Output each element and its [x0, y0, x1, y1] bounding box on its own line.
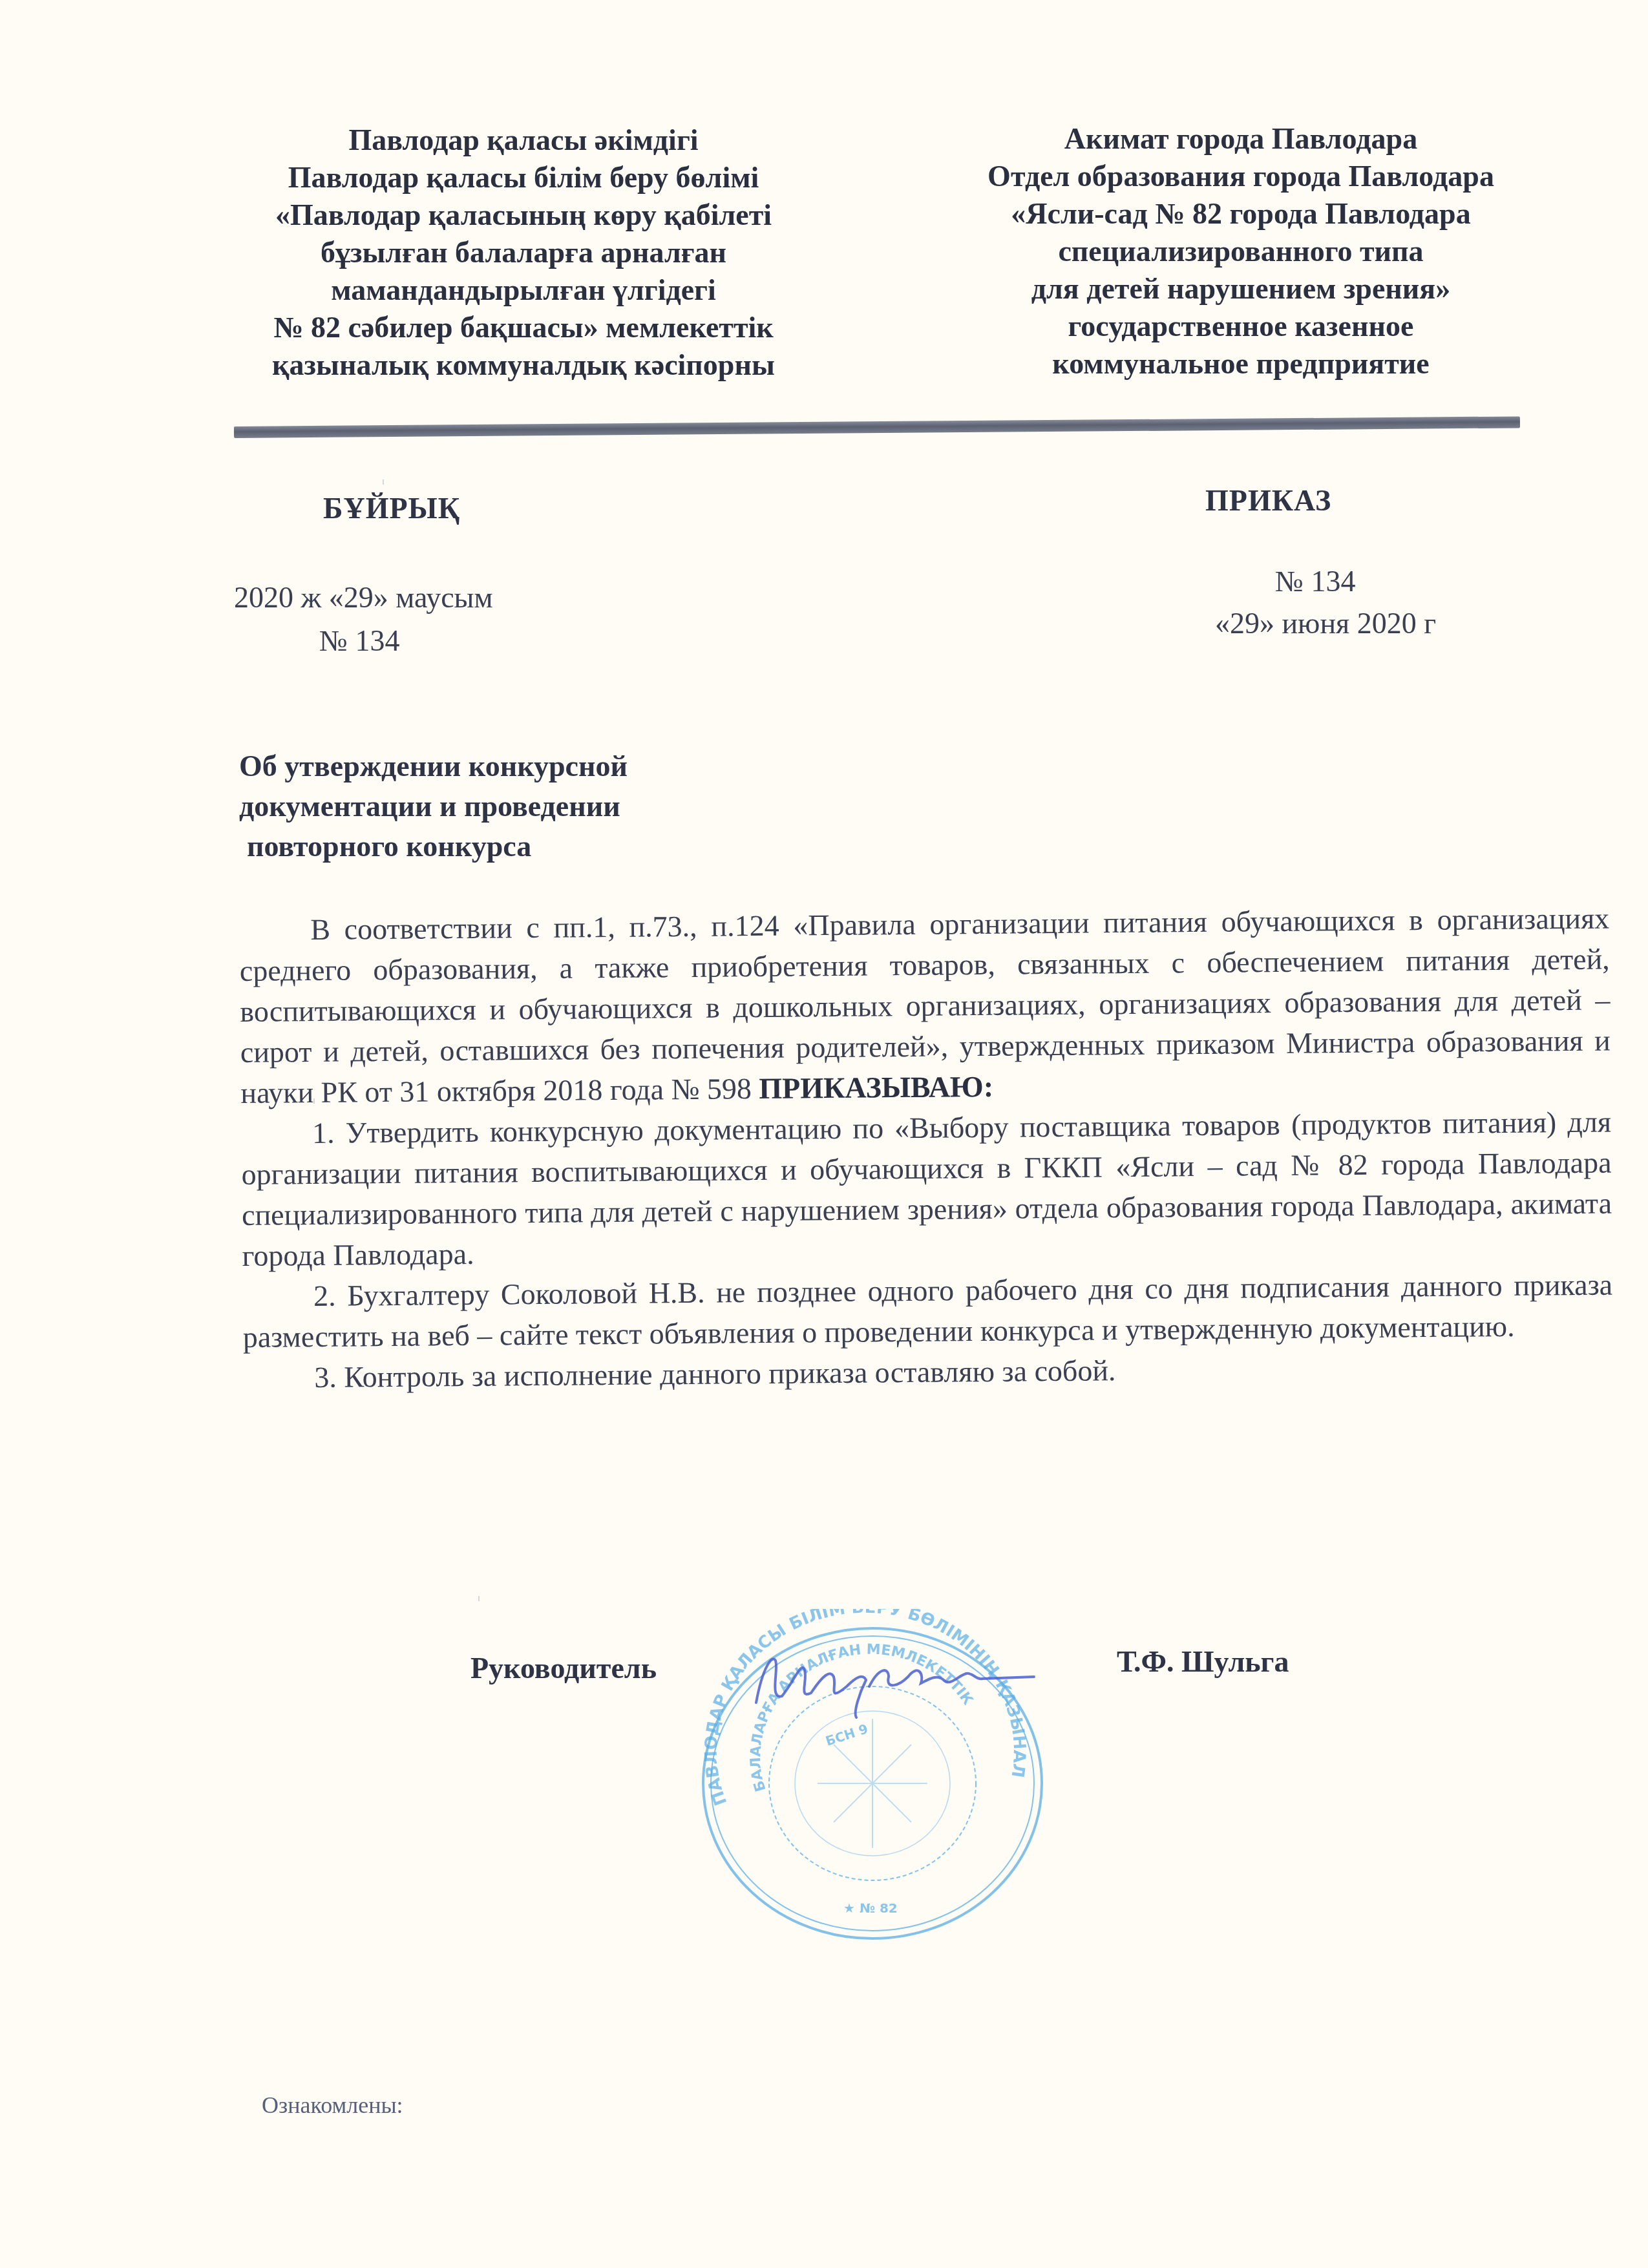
subject-line: повторного конкурса — [239, 826, 628, 866]
header-kazakh-line: қазыналық коммуналдық кәсіпорны — [213, 346, 834, 384]
header-kazakh-line: «Павлодар қаласының көру қабілеті — [213, 196, 834, 234]
order-date-russian: «29» июня 2020 г — [1215, 604, 1436, 643]
scan-speck — [313, 1098, 315, 1104]
header-divider — [234, 416, 1520, 438]
signatory-position: Руководитель — [470, 1651, 657, 1685]
directive-text: ПРИКАЗЫВАЮ: — [759, 1070, 993, 1105]
handwritten-signature-icon — [750, 1641, 1041, 1719]
header-russian-line: государственное казенное — [918, 308, 1564, 345]
order-title-russian: ПРИКАЗ — [1205, 483, 1331, 518]
document-page: Павлодар қаласы әкімдігі Павлодар қаласы… — [0, 0, 1648, 2268]
order-item-1: 1. Утвердить конкурсную документацию по … — [241, 1101, 1612, 1276]
header-russian-line: коммунальное предприятие — [918, 345, 1564, 383]
order-title-kazakh: БҰЙРЫҚ — [323, 491, 460, 525]
acquainted-label: Ознакомлены: — [262, 2092, 403, 2119]
svg-text:★ № 82: ★ № 82 — [843, 1900, 898, 1916]
order-number-russian: № 134 — [1275, 562, 1355, 601]
header-kazakh-line: № 82 сәбилер бақшасы» мемлекеттік — [213, 309, 834, 346]
preamble-paragraph: В соответствии с пп.1, п.73., п.124 «Пра… — [239, 898, 1611, 1113]
signatory-name: Т.Ф. Шульга — [1117, 1644, 1289, 1679]
order-subject: Об утверждении конкурсной документации и… — [239, 746, 628, 866]
header-russian-line: «Ясли-сад № 82 города Павлодара — [918, 195, 1564, 233]
order-number-kazakh: № 134 — [319, 622, 399, 660]
header-russian: Акимат города Павлодара Отдел образовани… — [918, 120, 1564, 383]
header-kazakh-line: Павлодар қаласы әкімдігі — [213, 121, 834, 159]
order-date-kazakh: 2020 ж «29» маусым — [234, 578, 493, 617]
subject-line: документации и проведении — [239, 786, 628, 826]
subject-line: Об утверждении конкурсной — [239, 746, 628, 786]
header-kazakh: Павлодар қаласы әкімдігі Павлодар қаласы… — [213, 121, 834, 384]
header-russian-line: специализированного типа — [918, 233, 1564, 270]
svg-text:БСН 9: БСН 9 — [823, 1721, 870, 1749]
header-kazakh-line: бұзылған балаларға арналған — [213, 234, 834, 271]
scan-speck — [478, 1596, 480, 1601]
order-body: В соответствии с пп.1, п.73., п.124 «Пра… — [239, 898, 1614, 1398]
order-item-2: 2. Бухгалтеру Соколовой Н.В. не позднее … — [242, 1264, 1613, 1357]
header-kazakh-line: мамандандырылған үлгідегі — [213, 271, 834, 309]
header-russian-line: Акимат города Павлодара — [918, 120, 1564, 158]
header-russian-line: для детей нарушением зрения» — [918, 270, 1564, 308]
header-kazakh-line: Павлодар қаласы білім беру бөлімі — [213, 159, 834, 196]
scan-speck — [383, 479, 384, 485]
header-russian-line: Отдел образования города Павлодара — [918, 158, 1564, 195]
